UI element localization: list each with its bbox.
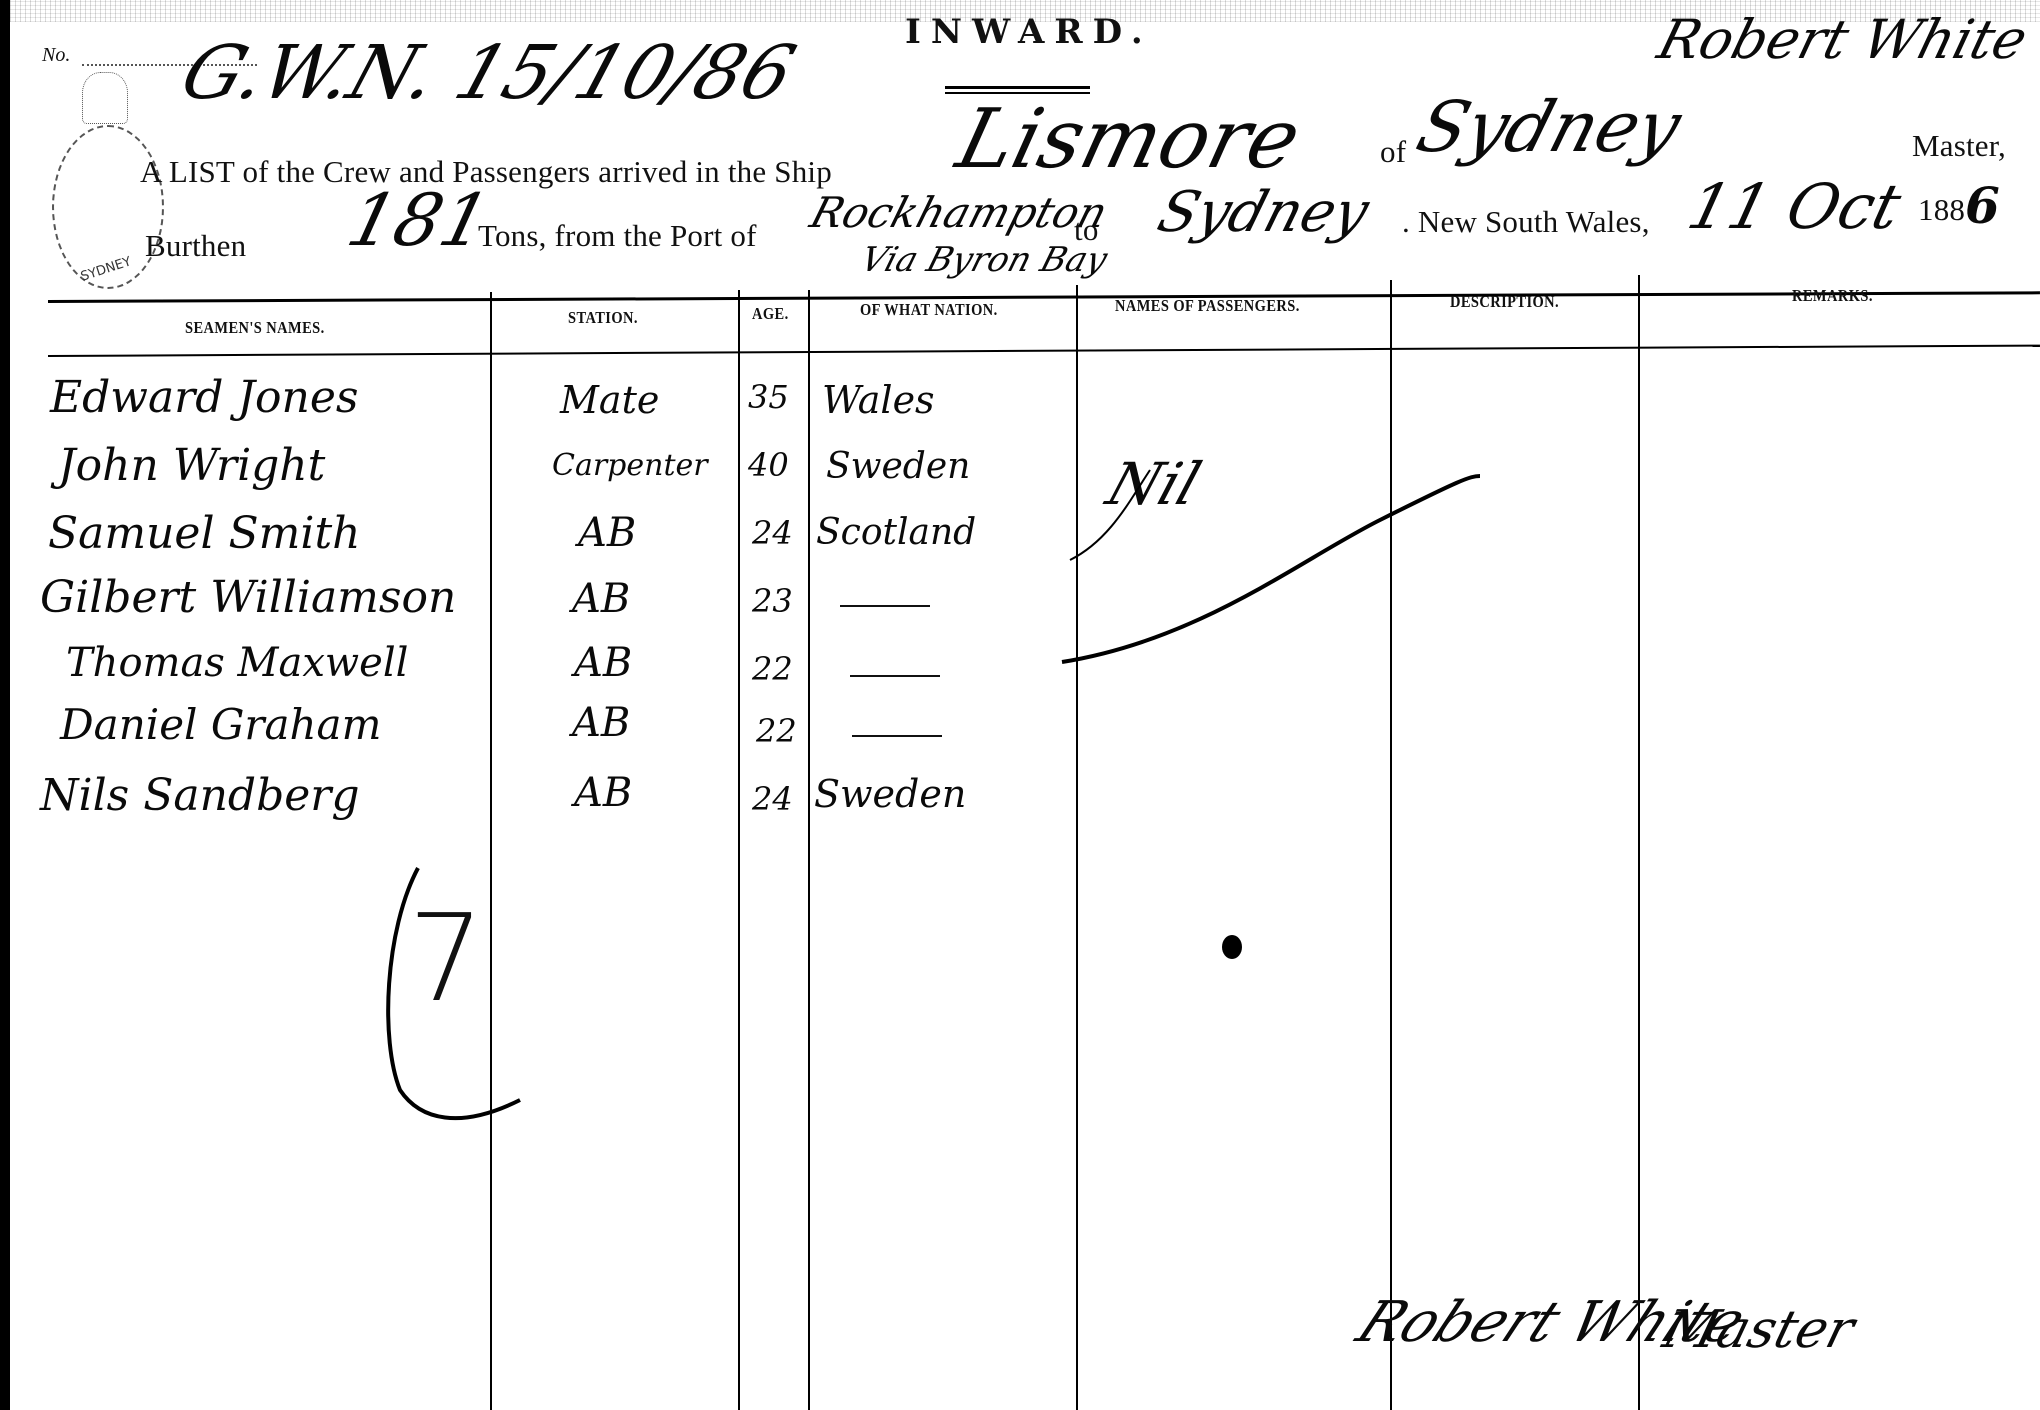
crew-count-bracket	[0, 0, 2040, 1410]
signature-title: Master	[1657, 1300, 1861, 1360]
ink-blot	[1222, 935, 1242, 959]
crew-passenger-list-document: No. G.W.N. 15/10/86 INWARD. Robert White…	[0, 0, 2040, 1410]
crew-count-annotation: 7	[408, 890, 484, 1029]
